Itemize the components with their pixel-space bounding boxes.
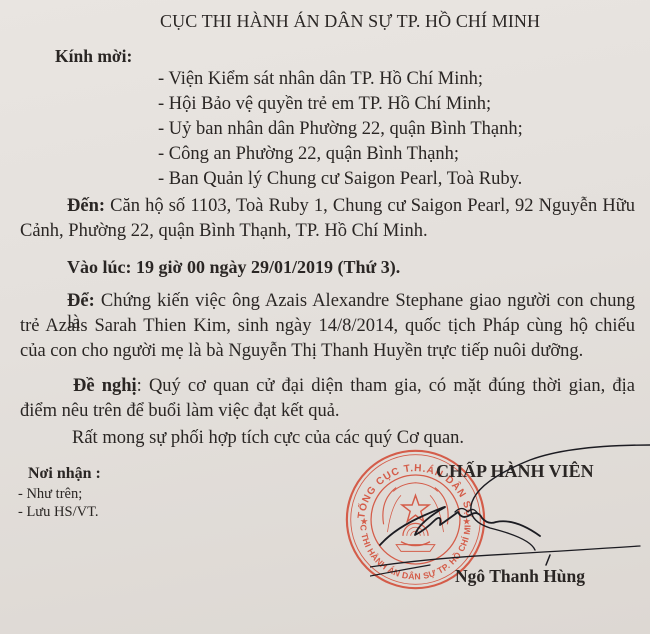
recipient-item: - Ban Quản lý Chung cư Saigon Pearl, Toà… [158,168,522,190]
location-line-2: Cảnh, Phường 22, quận Bình Thạnh, TP. Hồ… [20,220,428,242]
recipient-item: - Công an Phường 22, quận Bình Thạnh; [158,143,459,165]
meeting-time: Vào lúc: 19 giờ 00 ngày 29/01/2019 (Thứ … [67,256,400,278]
request-text: : Quý cơ quan cử đại diện tham gia, có m… [137,376,635,396]
location-text: Căn hộ số 1103, Toà Ruby 1, Chung cư Sai… [105,196,635,216]
recipient-item: - Viện Kiểm sát nhân dân TP. Hồ Chí Minh… [158,68,483,90]
location-label: Đến: [67,196,105,216]
request-label: Đề nghị [73,376,137,396]
location-line-1: Đến: Căn hộ số 1103, Toà Ruby 1, Chung c… [67,195,635,217]
recipients-footer-item: - Như trên; [18,485,82,503]
recipient-item: - Uỷ ban nhân dân Phường 22, quận Bình T… [158,118,523,140]
recipients-footer-item: - Lưu HS/VT. [18,503,99,521]
agency-header: CỤC THI HÀNH ÁN DÂN SỰ TP. HỒ CHÍ MINH [160,10,540,32]
recipients-footer-title: Nơi nhận : [28,463,101,485]
svg-text:★: ★ [360,516,369,527]
request-line-2: điểm nêu trên để buổi làm việc đạt kết q… [20,400,340,422]
purpose-line-2: trẻ Azais Sarah Thien Kim, sinh ngày 14/… [20,315,635,337]
handwritten-signature-icon [370,440,650,590]
invite-label: Kính mời: [55,45,132,67]
request-line-1: Đề nghị: Quý cơ quan cử đại diện tham gi… [73,375,635,397]
purpose-line-3: của con cho người mẹ là bà Nguyễn Thị Th… [20,340,583,362]
recipient-item: - Hội Bảo vệ quyền trẻ em TP. Hồ Chí Min… [158,93,491,115]
purpose-label: Để: [67,291,95,311]
official-letter: CỤC THI HÀNH ÁN DÂN SỰ TP. HỒ CHÍ MINH K… [0,0,650,634]
